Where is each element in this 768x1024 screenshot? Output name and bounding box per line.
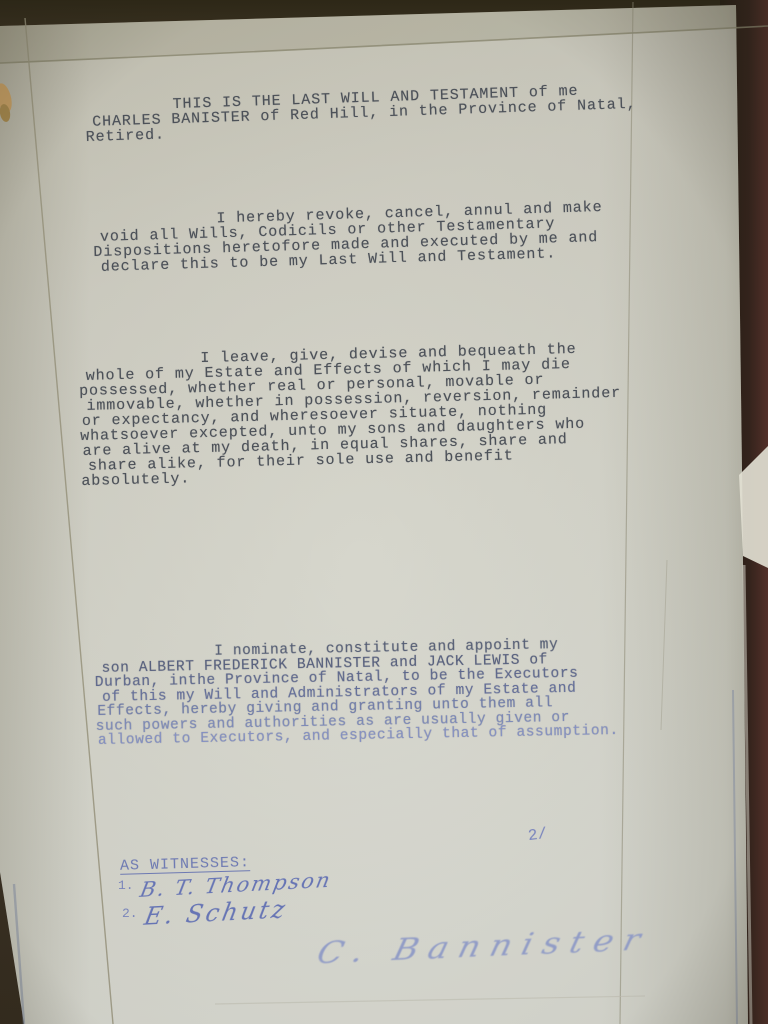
- typed-content-layer: THIS IS THE LAST WILL AND TESTAMENT of m…: [0, 0, 768, 1024]
- testator-signature: C. Bannister: [313, 919, 724, 971]
- witness-number: 2.: [122, 906, 138, 921]
- will-executor-paragraph: I nominate, constitute and appoint myson…: [96, 628, 619, 739]
- witnesses-heading: AS WITNESSES:: [120, 854, 250, 875]
- will-bequest-paragraph: I leave, give, devise and bequeath thewh…: [80, 331, 618, 479]
- witness-number: 1.: [118, 878, 134, 893]
- will-revocation-paragraph: I hereby revoke, cancel, annul and makev…: [94, 189, 604, 264]
- page-continuation-mark: 2/: [527, 825, 548, 845]
- photo-of-will-document: THIS IS THE LAST WILL AND TESTAMENT of m…: [0, 0, 768, 1024]
- witness-signature-2: 2. E. Schutz: [122, 903, 285, 931]
- will-opening-paragraph: THIS IS THE LAST WILL AND TESTAMENT of m…: [86, 68, 632, 131]
